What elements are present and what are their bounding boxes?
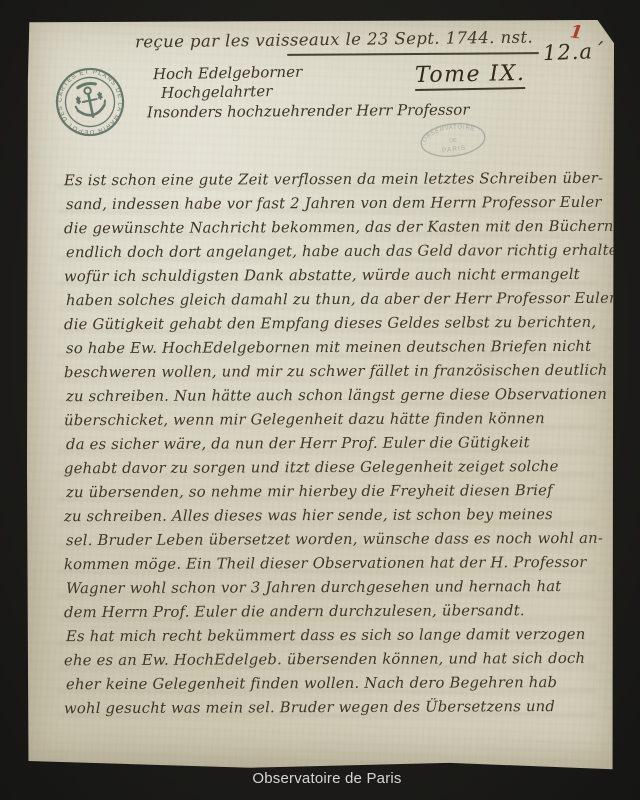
body-line: haben solches gleich damahl zu thun, da … <box>64 287 609 313</box>
body-line: überschicket, wenn mir Gelegenheit dazu … <box>64 407 609 433</box>
folio-number: 12.a´ <box>543 39 605 65</box>
observatoire-stamp-middle-text: DE <box>449 138 458 145</box>
photo-caption: Observatoire de Paris <box>0 770 640 787</box>
body-line: die Gütigkeit gehabt den Empfang dieses … <box>64 311 609 337</box>
salutation-line-1: Hoch Edelgeborner <box>153 63 302 84</box>
body-line: so habe Ew. HochEdelgebornen mit meinen … <box>64 335 609 361</box>
body-line: gehabt davor zu sorgen und itzt diese Ge… <box>64 455 609 481</box>
body-line: endlich doch dort angelanget, habe auch … <box>64 239 609 265</box>
receipt-note-underline <box>287 52 539 56</box>
body-line: Es hat mich recht bekümmert dass es sich… <box>64 623 609 649</box>
observatoire-stamp-bottom-text: PARIS <box>442 144 467 154</box>
marine-stamp: DÉPÔT DES CARTES ET PLANS DE LA MARINE <box>48 60 131 143</box>
salutation-line-2: Hochgelahrter <box>161 82 273 102</box>
body-line: eher keine Gelegenheit finden wollen. Na… <box>64 671 609 697</box>
body-line: die gewünschte Nachricht bekommen, das d… <box>64 215 609 241</box>
body-line: beschweren wollen, und mir zu schwer fäl… <box>64 359 609 385</box>
body-line: sel. Bruder Leben übersetzet worden, wün… <box>64 527 609 553</box>
body-line: sand, indessen habe vor fast 2 Jahren vo… <box>64 191 609 217</box>
observatoire-stamp: OBSERVATOIRE DE PARIS <box>416 117 490 163</box>
body-line: wohl gesucht was mein sel. Bruder wegen … <box>64 695 609 721</box>
receipt-note: reçue par les vaisseaux le 23 Sept. 1744… <box>135 28 533 52</box>
body-line: ehe es an Ew. HochEdelgeb. übersenden kö… <box>64 647 609 673</box>
manuscript-page: reçue par les vaisseaux le 23 Sept. 1744… <box>27 20 614 770</box>
body-line: dem Herrn Prof. Euler die andern durchzu… <box>64 599 609 625</box>
salutation-line-3: Insonders hochzuehrender Herr Professor <box>147 101 470 122</box>
body-line: Es ist schon eine gute Zeit verflossen d… <box>64 167 609 193</box>
body-line: zu schreiben. Alles dieses was hier send… <box>64 503 609 529</box>
fleur-de-lis-icon <box>74 96 82 106</box>
body-line: da es sicher wäre, da nun der Herr Prof.… <box>64 431 609 457</box>
body-line: kommen möge. Ein Theil dieser Observatio… <box>64 551 609 577</box>
body-line: Wagner wohl schon vor 3 Jahren durchgese… <box>64 575 609 601</box>
letter-body: Es ist schon eine gute Zeit verflossen d… <box>64 168 609 720</box>
body-line: wofür ich schuldigsten Dank abstatte, wü… <box>64 263 609 289</box>
body-line: zu übersenden, so nehme mir hierbey die … <box>64 479 609 505</box>
tome-label: Tome IX. <box>415 61 526 91</box>
body-line: zu schreiben. Nun hätte auch schon längs… <box>64 383 609 409</box>
